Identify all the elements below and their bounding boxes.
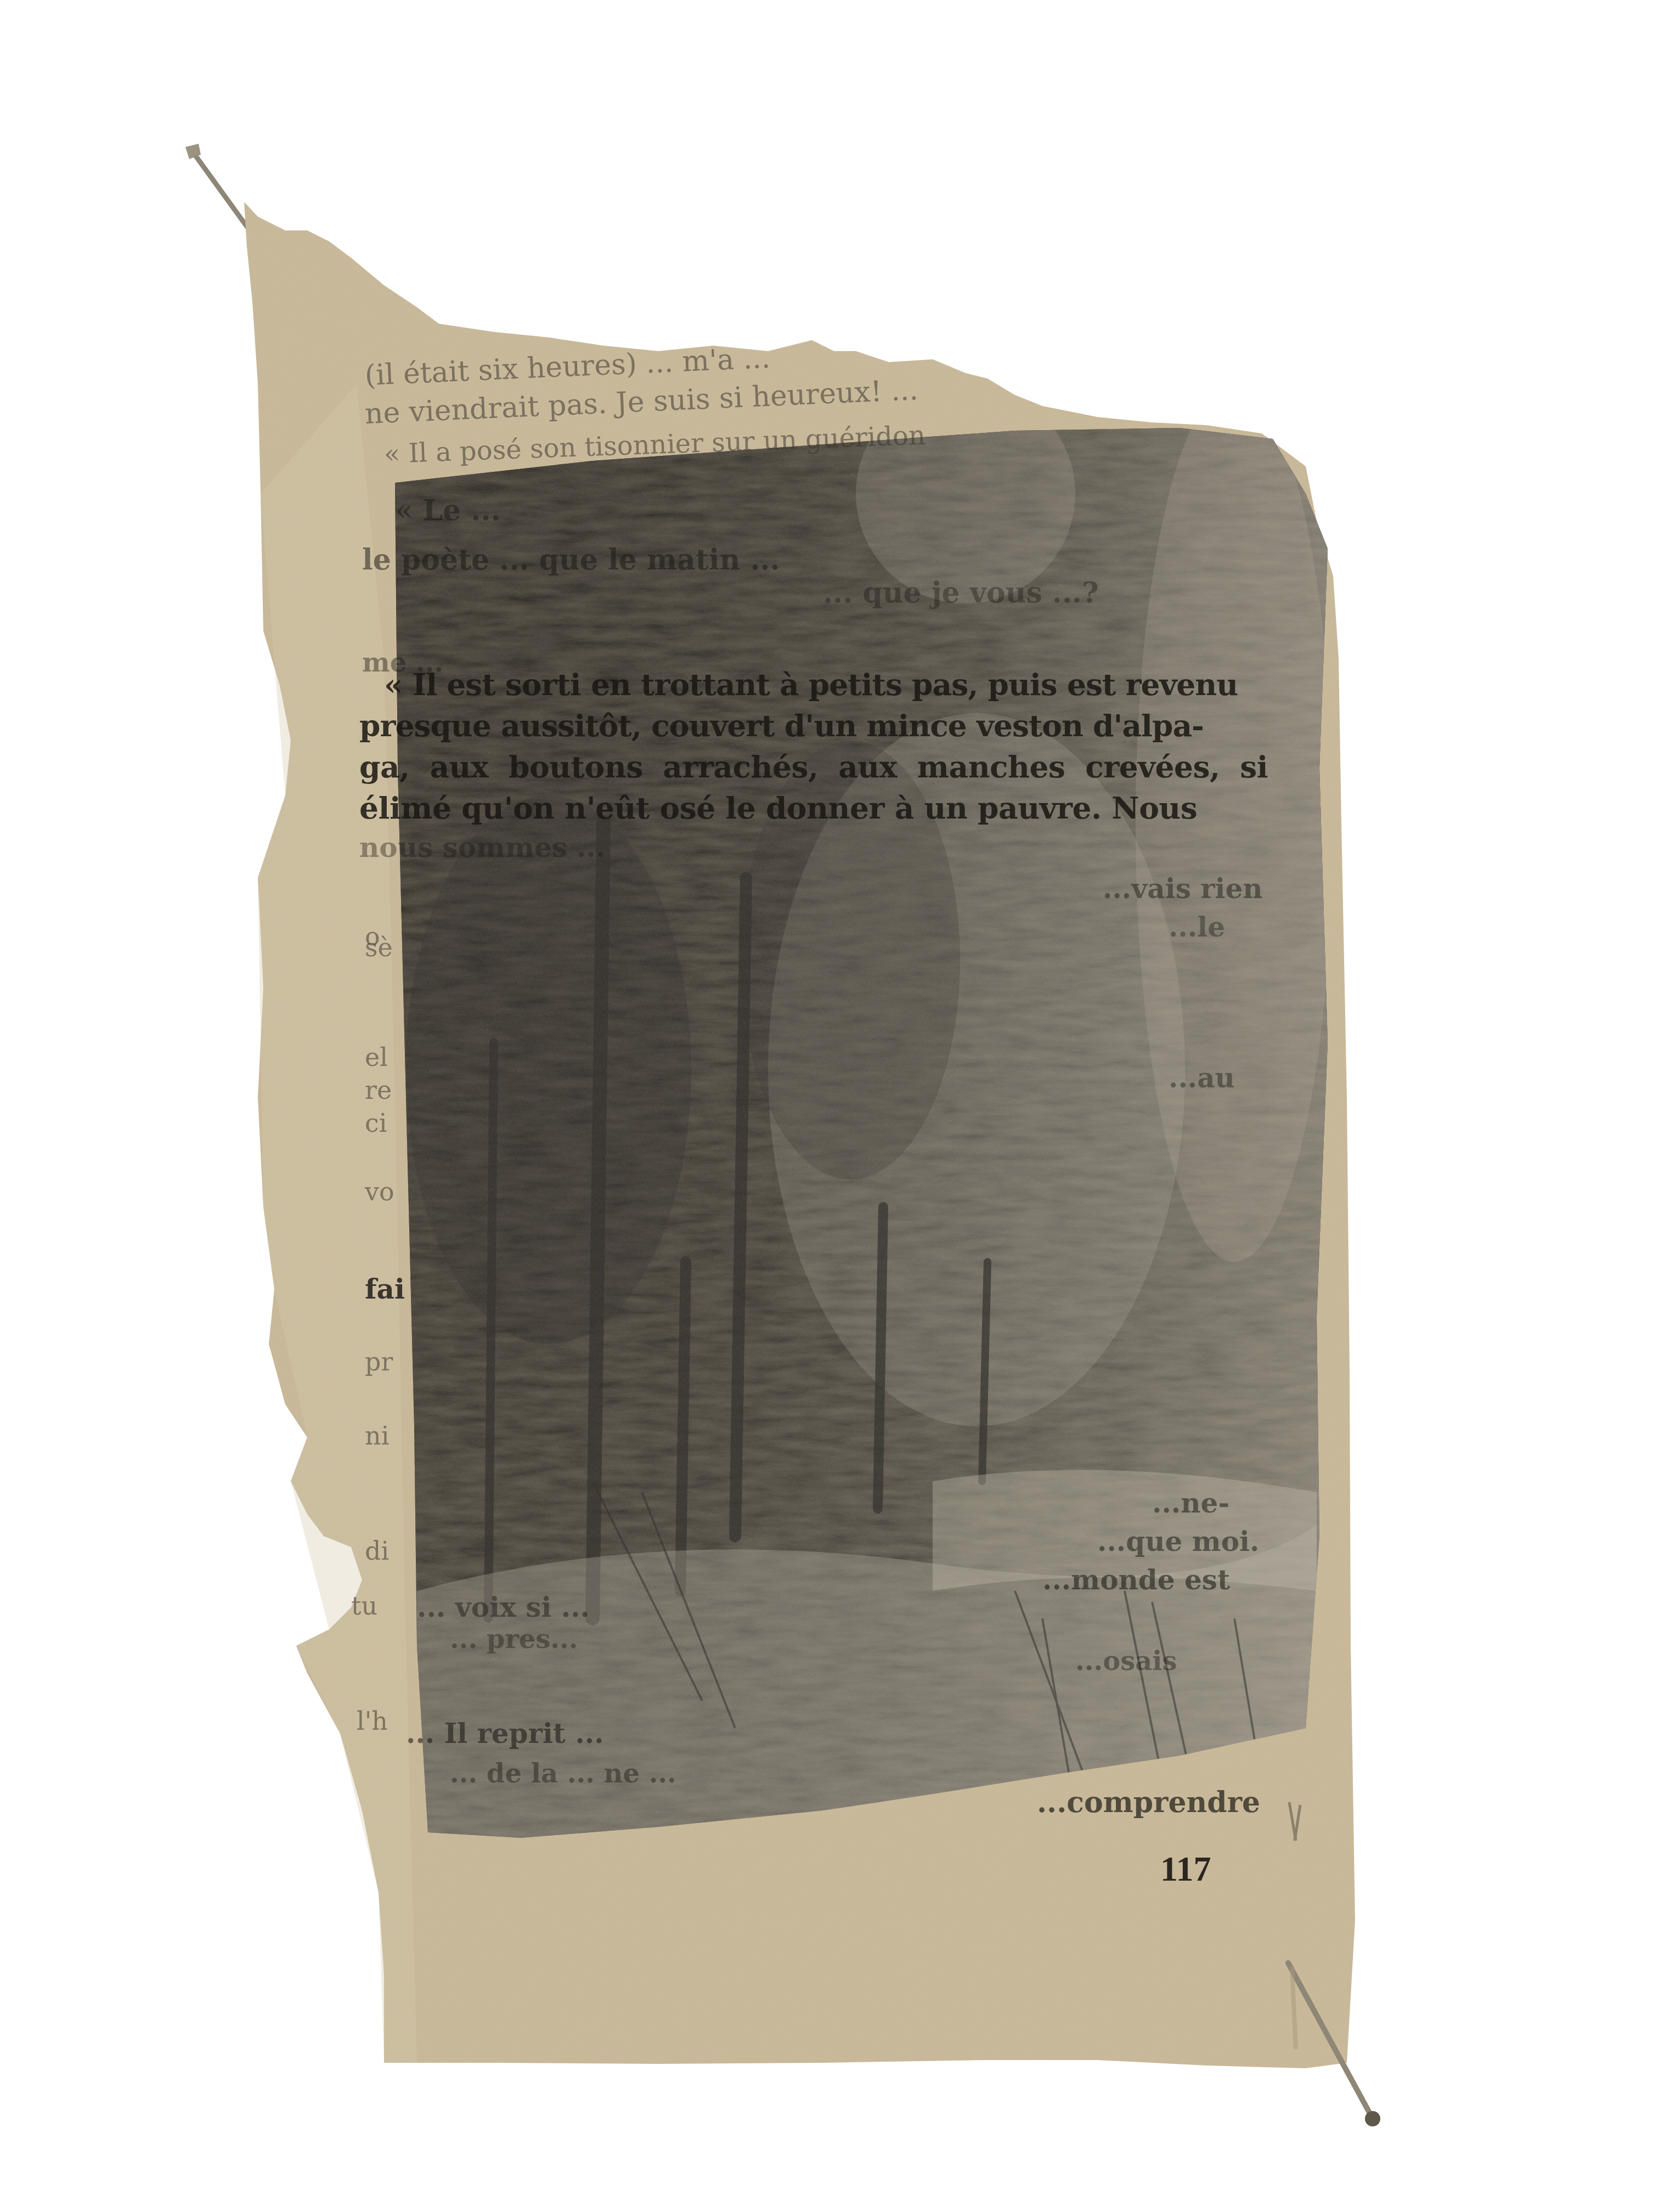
- torn-page-artwork: [0, 0, 1659, 2212]
- forest-photo-transfer: [384, 384, 1350, 1854]
- artwork-stage: (il était six heures) ... m'a ... ne vie…: [0, 0, 1659, 2212]
